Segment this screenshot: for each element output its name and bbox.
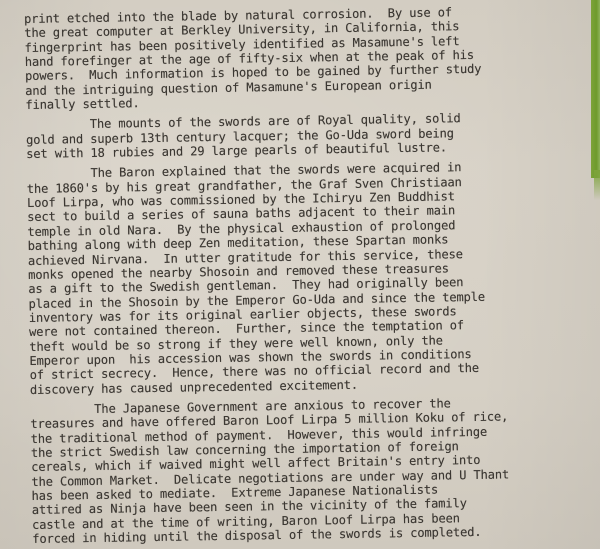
paragraph-baron: The Baron explained that the swords were… [26,158,600,397]
typewritten-text: print etched into the blade by natural c… [24,3,600,549]
paragraph-mounts: The mounts of the swords are of Royal qu… [26,109,600,161]
document-page: print etched into the blade by natural c… [0,0,600,549]
paragraph-fingerprint: print etched into the blade by natural c… [24,3,600,113]
paragraph-japanese-government: The Japanese Government are anxious to r… [30,394,600,547]
